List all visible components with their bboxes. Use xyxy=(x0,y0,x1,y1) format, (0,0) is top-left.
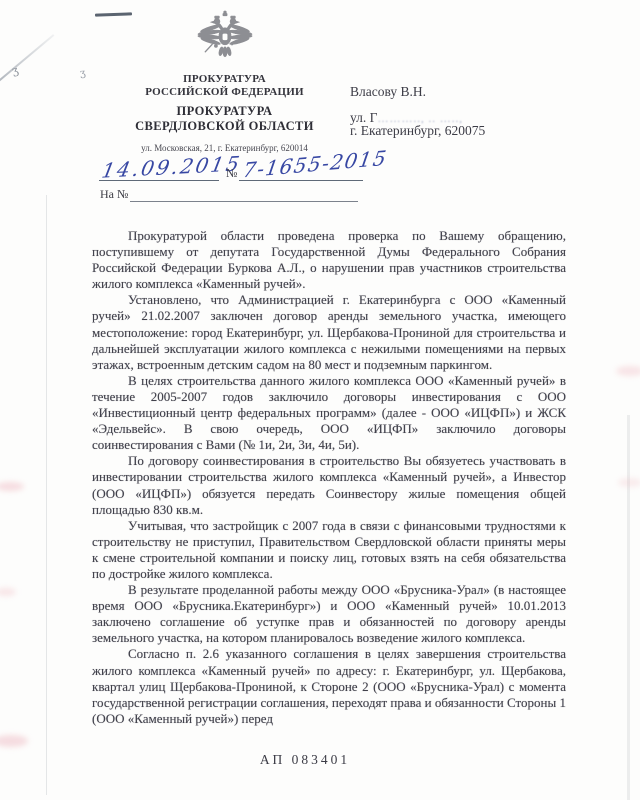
letterhead-org-line1: ПРОКУРАТУРА xyxy=(112,104,337,119)
recipient-block: Власову В.Н. ул. Г……….., .. ….., г. Екат… xyxy=(350,84,485,137)
russia-coat-of-arms-icon xyxy=(193,9,257,69)
pink-scan-smudge xyxy=(0,735,28,747)
letterhead-org-name: ПРОКУРАТУРА СВЕРДЛОВСКОЙ ОБЛАСТИ xyxy=(112,104,337,134)
number-sign-label: № xyxy=(226,166,237,181)
date-underline xyxy=(99,180,219,181)
outgoing-date-handwritten: 14.09.2015 xyxy=(100,151,244,183)
reply-number-label: На № xyxy=(100,187,128,202)
pink-scan-smudge xyxy=(616,366,640,376)
letter-body: Прокуратурой области проведена проверка … xyxy=(92,228,566,727)
form-blank-number: АП 083401 xyxy=(220,752,390,768)
body-paragraph: Прокуратурой области проведена проверка … xyxy=(92,228,566,292)
body-paragraph: Установлено, что Администрацией г. Екате… xyxy=(92,292,566,372)
pink-scan-smudge xyxy=(0,482,24,491)
letterhead-parent-org-line2: РОССИЙСКОЙ ФЕДЕРАЦИИ xyxy=(112,86,337,99)
letterhead-parent-org: ПРОКУРАТУРА РОССИЙСКОЙ ФЕДЕРАЦИИ xyxy=(112,73,337,98)
pen-squiggle-mark: ӡ xyxy=(79,68,86,80)
body-paragraph: В результате проделанной работы между ОО… xyxy=(92,582,566,646)
letterhead-parent-org-line1: ПРОКУРАТУРА xyxy=(112,73,337,86)
scanned-letter-page: ӡ ӡ xyxy=(0,0,640,800)
reply-number-underline xyxy=(130,201,358,202)
body-paragraph: По договору соинвестирования в строитель… xyxy=(92,453,566,517)
recipient-name: Власову В.Н. xyxy=(350,84,485,100)
pink-scan-smudge xyxy=(618,478,640,487)
crease-mark xyxy=(0,34,54,86)
right-edge-shadow xyxy=(627,415,630,800)
body-paragraph: Согласно п. 2.6 указанного соглашения в … xyxy=(92,646,566,726)
recipient-city: г. Екатеринбург, 620075 xyxy=(350,125,485,137)
body-paragraph: В целях строительства данного жилого ком… xyxy=(92,373,566,453)
number-underline xyxy=(239,180,363,181)
recipient-address-illegible-part: ……….., .. ….., xyxy=(377,113,463,125)
letterhead-org-line2: СВЕРДЛОВСКОЙ ОБЛАСТИ xyxy=(112,119,337,134)
body-paragraph: Учитывая, что застройщик с 2007 года в с… xyxy=(92,518,566,582)
fold-line xyxy=(46,195,47,795)
pink-scan-smudge xyxy=(0,588,16,596)
scan-dash-mark xyxy=(95,12,132,16)
